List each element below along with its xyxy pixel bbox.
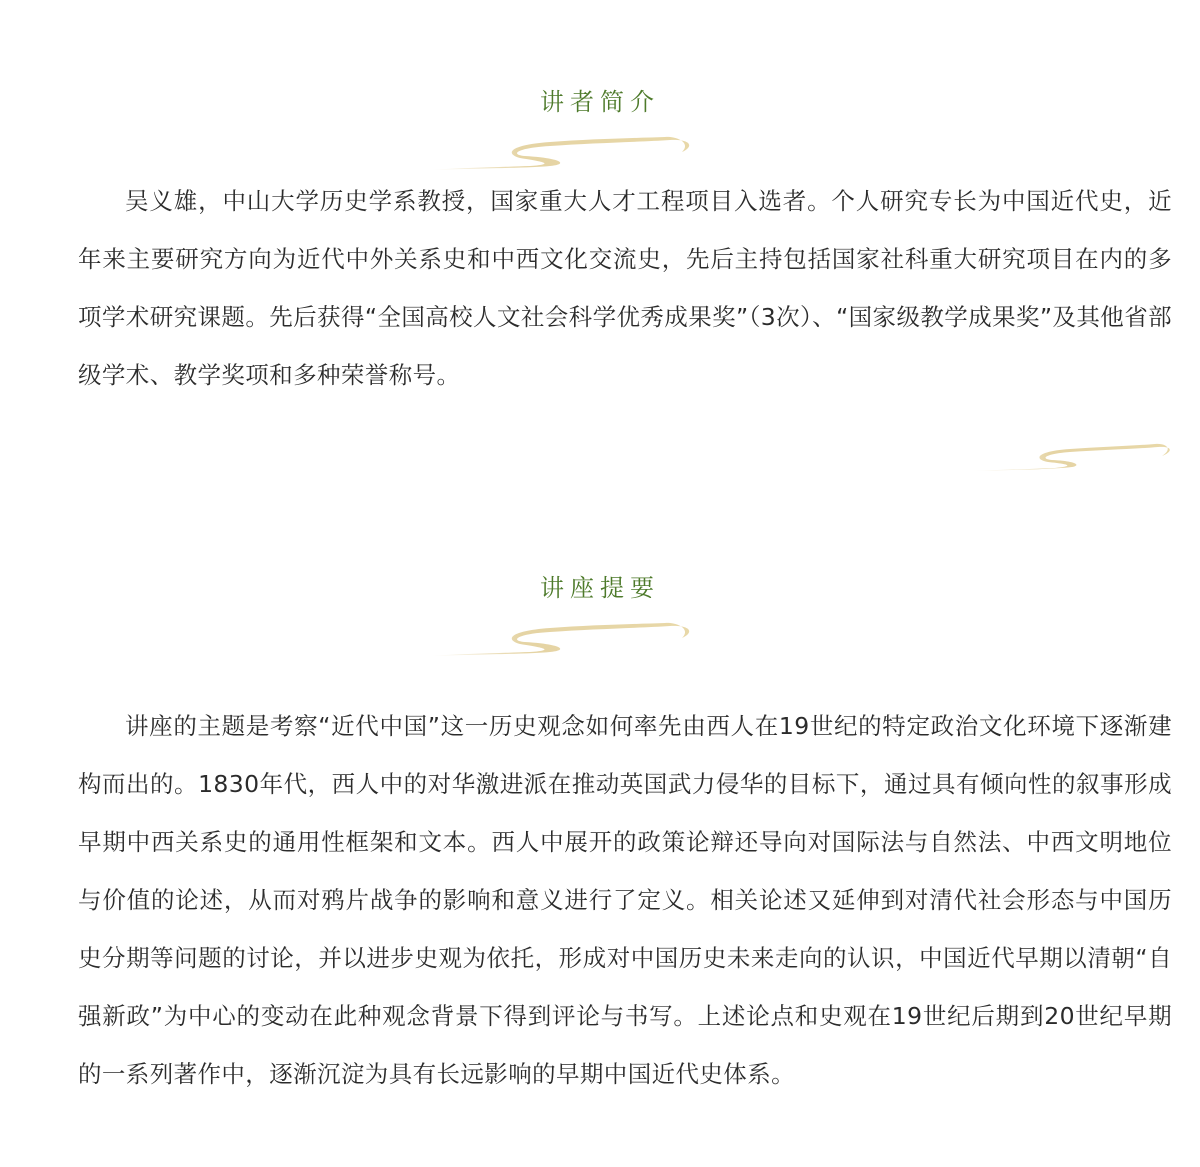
section-title-speaker-intro: 讲者简介 <box>0 82 1200 117</box>
section-title-lecture-summary: 讲座提要 <box>0 568 1200 603</box>
lecture-summary-paragraph: 讲座的主题是考察“近代中国”这一历史观念如何率先由西人在19世纪的特定政治文化环… <box>78 697 1172 1103</box>
gold-swoosh-ornament-icon <box>420 128 700 176</box>
gold-swoosh-divider-icon <box>960 438 1180 478</box>
speaker-bio-paragraph: 吴义雄，中山大学历史学系教授，国家重大人才工程项目入选者。个人研究专长为中国近代… <box>78 172 1172 404</box>
gold-swoosh-ornament-icon <box>420 614 700 662</box>
